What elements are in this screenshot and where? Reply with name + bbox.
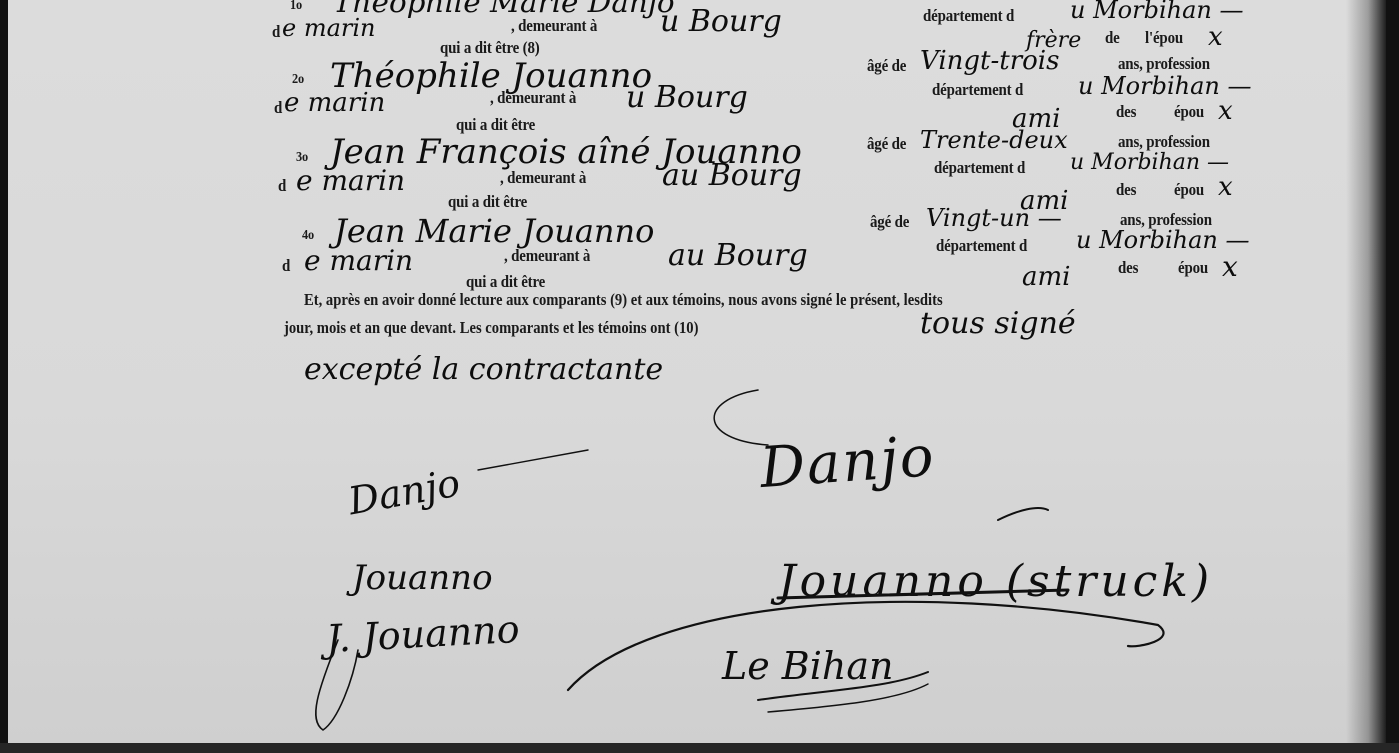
signature-flourishes <box>8 0 1386 743</box>
viewer-bottom-bar <box>0 743 1399 753</box>
scanned-page: 1o Théophile Marie Danjo d e marin , dem… <box>8 0 1386 743</box>
document-viewer: 1o Théophile Marie Danjo d e marin , dem… <box>0 0 1399 743</box>
